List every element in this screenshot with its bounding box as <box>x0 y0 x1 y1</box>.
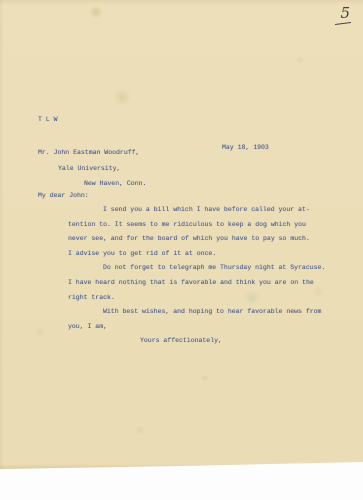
letter-line: With best wishes, and hoping to hear fav… <box>68 305 328 320</box>
salutation: My dear John: <box>38 189 328 204</box>
letter-paper: 5 T L W May 18, 1903 Mr. John Eastman Wo… <box>0 0 363 472</box>
closing-line: Yours affectionately, <box>68 334 328 349</box>
letter-date: May 18, 1903 <box>222 144 269 151</box>
letter-body: I send you a bill which I have before ca… <box>68 203 328 334</box>
letter-line: I advise you to get rid of it at once. <box>68 247 328 262</box>
recipient-institution: Yale University, <box>38 161 328 177</box>
letter-line: tention to. It seems to me ridiculous to… <box>68 218 328 233</box>
typewritten-letter: T L W May 18, 1903 Mr. John Eastman Wood… <box>38 116 328 349</box>
letter-line: you, I am, <box>68 320 328 335</box>
sender-initials: T L W <box>38 116 328 131</box>
handwritten-page-number: 5 <box>337 4 353 23</box>
letter-line: I send you a bill which I have before ca… <box>68 203 328 218</box>
recipient-address: Mr. John Eastman Woodruff, Yale Universi… <box>38 145 328 192</box>
recipient-name: Mr. John Eastman Woodruff, <box>38 145 328 161</box>
letter-line: Do not forget to telegraph me Thursday n… <box>68 261 328 276</box>
letter-line: never see, and for the board of which yo… <box>68 232 328 247</box>
letter-line: right track. <box>68 291 328 306</box>
letter-line: I have heard nothing that is favorable a… <box>68 276 328 291</box>
